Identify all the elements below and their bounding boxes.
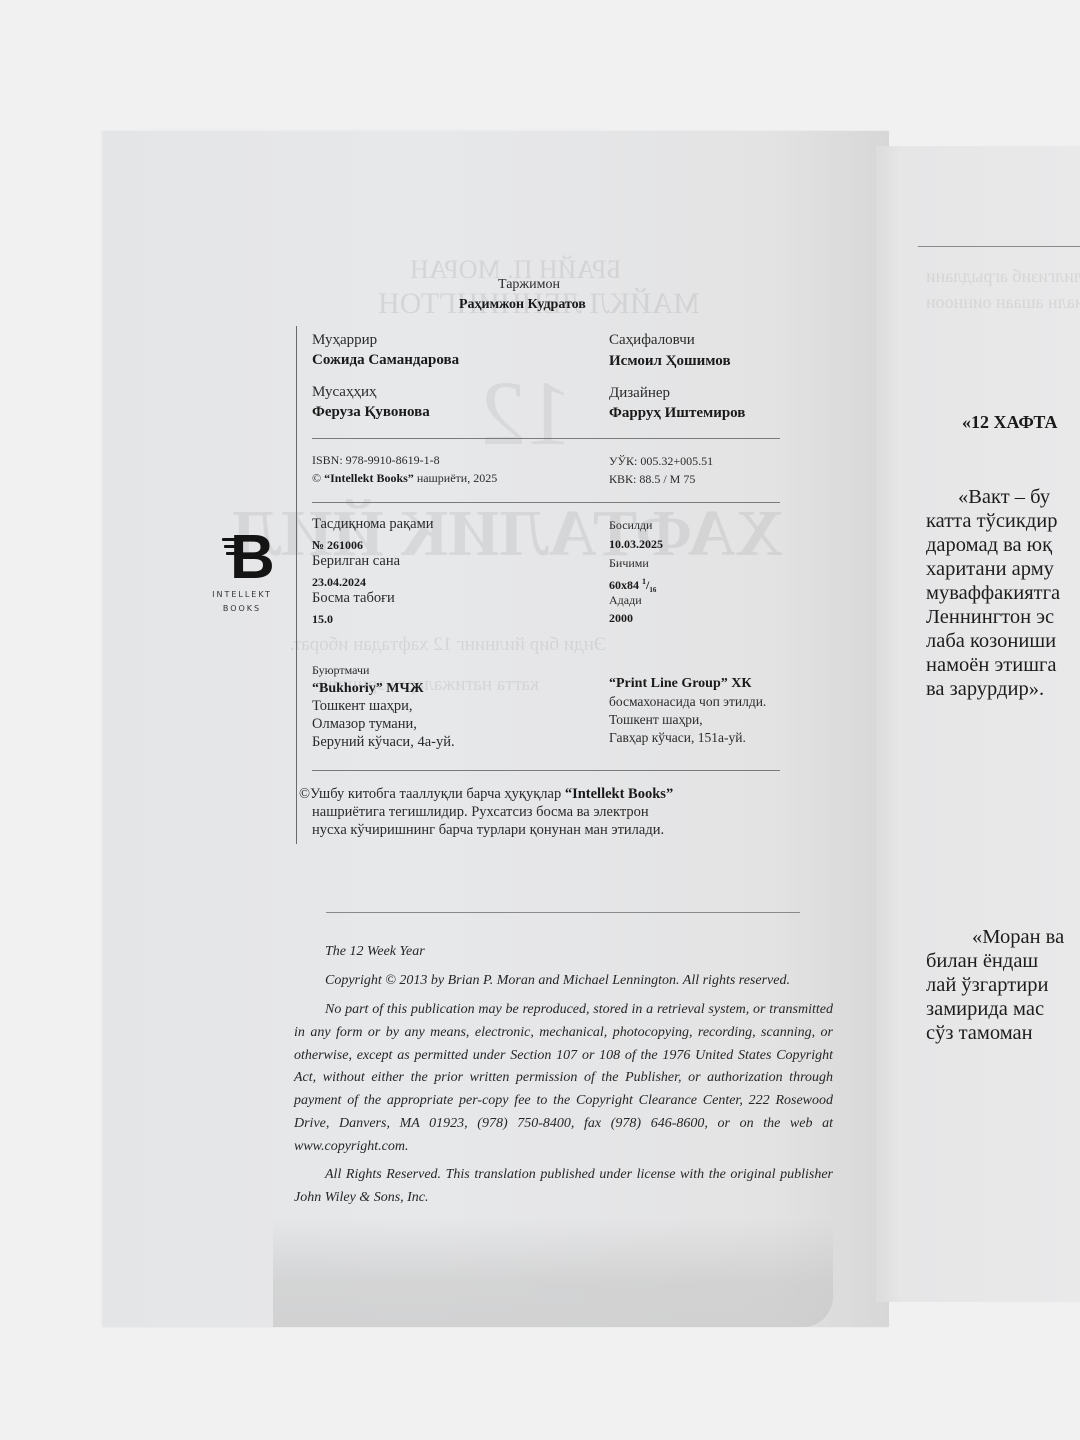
printer-line: босмахонасида чоп этилди. (609, 693, 766, 710)
english-notice: No part of this publication may be repro… (294, 999, 833, 1159)
printer-line: Тошкент шаҳри, (609, 711, 703, 728)
english-license: All Rights Reserved. This translation pu… (294, 1164, 833, 1210)
quote-line: «Моран ва (972, 926, 1064, 950)
proofreader-name: Феруза Қувонова (312, 404, 430, 421)
uyk-code: УЎК: 005.32+005.51 (609, 453, 713, 470)
quote-line: муваффакиятга (926, 582, 1060, 606)
quote-line: билан ёндаш (926, 950, 1038, 974)
publisher-name: “Intellekt Books” (324, 471, 414, 485)
print-run-value: 2000 (609, 610, 633, 627)
customer-label: Буюртмачи (312, 662, 369, 679)
rights-text: Ушбу китобга тааллуқли барча ҳуқуқлар (310, 786, 565, 802)
printed-label: Босилди (609, 517, 652, 534)
quote-line: замирида мас (926, 998, 1044, 1022)
right-page: нзлилгизиб агрыдлани иалн ашаан оинноои … (876, 146, 1080, 1302)
layout-label: Саҳифаловчи (609, 332, 695, 349)
divider (312, 502, 780, 503)
quote-line: «Вакт – бу (958, 486, 1050, 510)
quote-line: ва зарурдир». (926, 678, 1044, 702)
designer-name: Фарруҳ Иштемиров (609, 405, 745, 422)
ghost-text: иалн ашаан оинноои (926, 292, 1080, 313)
print-sheets-label: Босма табоғи (312, 590, 395, 607)
layout-name: Исмоил Ҳошимов (609, 353, 731, 370)
copyright-symbol: © (299, 786, 310, 802)
quote-line: Леннингтон эс (926, 606, 1054, 630)
margin-rule (296, 326, 297, 844)
approval-number-label: Тасдиқнома рақами (312, 516, 434, 533)
approval-number-value: № 261006 (312, 537, 363, 554)
format-label: Бичими (609, 555, 649, 572)
rights-notice-line3: нусха кўчиришнинг барча турлари қонунан … (312, 822, 664, 839)
print-run-label: Адади (609, 592, 642, 609)
copyright-line: © “Intellekt Books” нашриёти, 2025 (312, 470, 497, 487)
english-copyright: Copyright © 2013 by Brian P. Moran and M… (325, 970, 845, 993)
logo-mark: B (212, 530, 272, 586)
kbk-code: КВК: 88.5 / М 75 (609, 471, 695, 488)
format-size: 60x84 (609, 578, 642, 592)
copyright-suffix: нашриёти, 2025 (414, 471, 497, 485)
quote-line: катта тўсикдир (926, 510, 1058, 534)
logo-letter: B (230, 530, 275, 586)
section-title: «12 ХАФТА (962, 412, 1057, 433)
quote-line: харитани арму (926, 558, 1054, 582)
rights-notice-line2: нашриётига тегишлидир. Рухсатсиз босма в… (312, 804, 649, 821)
editor-label: Муҳаррир (312, 332, 377, 349)
publisher-logo: B INTELLEKT BOOKS (196, 530, 288, 614)
isbn: ISBN: 978-9910-8619-1-8 (312, 452, 440, 469)
page-shadow (273, 1217, 833, 1327)
quote-line: лай ўзгартири (926, 974, 1048, 998)
customer-address-line: Беруний кўчаси, 4а-уй. (312, 734, 455, 751)
printer-line: Гавҳар кўчаси, 151а-уй. (609, 729, 746, 746)
header-rule (918, 246, 1080, 247)
translator-label: Таржимон (498, 276, 560, 293)
rights-notice-line1: ©Ушбу китобга тааллуқли барча ҳуқуқлар “… (299, 786, 673, 803)
divider (312, 770, 780, 771)
issue-date-value: 23.04.2024 (312, 574, 366, 591)
divider (326, 912, 800, 913)
format-numerator: 1 (642, 577, 646, 586)
designer-label: Дизайнер (609, 385, 670, 402)
format-denominator: 16 (649, 586, 656, 594)
customer-address-line: Олмазор тумани, (312, 716, 417, 733)
proofreader-label: Мусаҳҳиҳ (312, 384, 377, 401)
editor-name: Сожида Самандарова (312, 352, 459, 369)
logo-text-line2: BOOKS (196, 604, 288, 614)
customer-address-line: Тошкент шаҳри, (312, 698, 413, 715)
quote-line: намоён этишга (926, 654, 1057, 678)
printed-date: 10.03.2025 (609, 536, 663, 553)
ghost-text: нзлилгизиб агрыдлани (926, 266, 1080, 287)
publisher-name: “Intellekt Books” (565, 786, 673, 802)
print-sheets-value: 15.0 (312, 611, 333, 628)
english-title: The 12 Week Year (325, 941, 845, 964)
customer-name: “Bukhoriy” МЧЖ (312, 680, 424, 697)
issue-date-label: Берилган сана (312, 553, 400, 570)
translator-name: Раҳимжон Кудратов (459, 296, 586, 313)
quote-line: даромад ва юқ (926, 534, 1052, 558)
quote-line: сўз тамоман (926, 1022, 1033, 1046)
quote-line: лаба козониши (926, 630, 1056, 654)
divider (312, 438, 780, 439)
printer-name: “Print Line Group” ХК (609, 675, 752, 692)
copyright-symbol: © (312, 471, 324, 485)
